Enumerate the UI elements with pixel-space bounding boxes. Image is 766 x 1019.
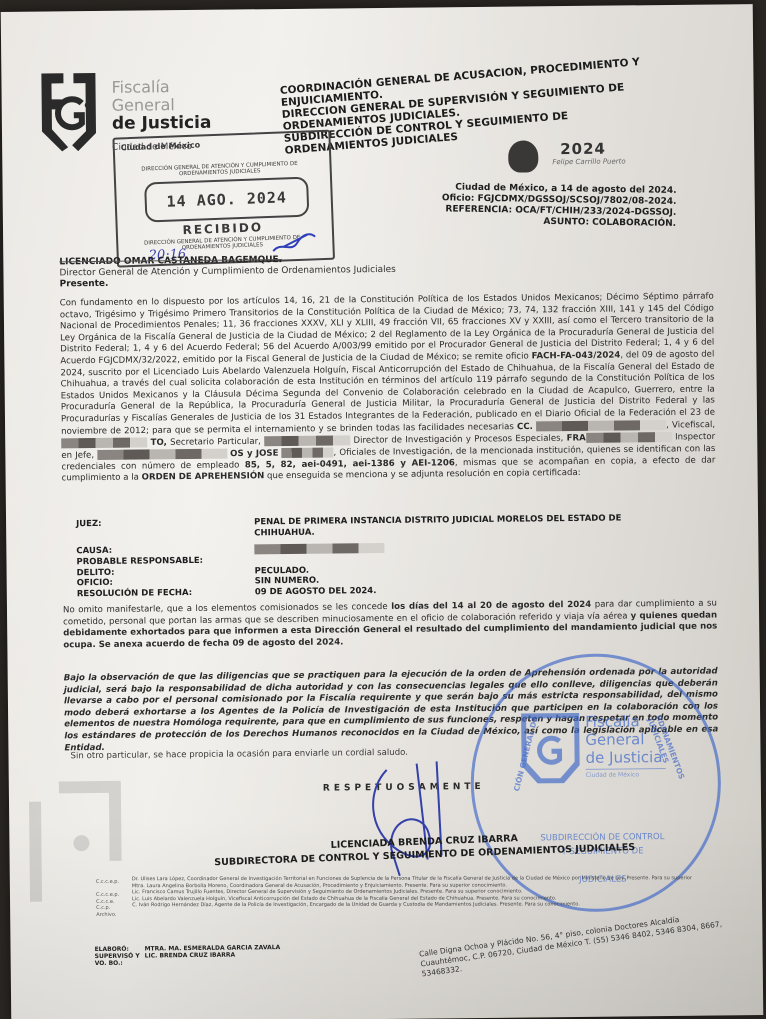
- text: Director de Investigación y Procesos Esp…: [350, 433, 567, 445]
- text: FACH-FA-043/2024: [532, 350, 621, 361]
- fgj-logo-icon: [37, 69, 108, 154]
- seal-org-line: Fiscalía: [585, 712, 662, 731]
- redaction: [281, 447, 333, 458]
- subject: ASUNTO: COLABORACIÓN.: [442, 215, 677, 230]
- emblem-name: Felipe Carrillo Puerto: [552, 157, 625, 166]
- org-line-1: Fiscalía: [111, 78, 211, 97]
- text: CC.: [517, 421, 533, 431]
- text: TO,: [151, 437, 167, 447]
- footer-address: Calle Digna Ochoa y Plácido No. 56, 4° p…: [419, 909, 730, 980]
- document-page: Fiscalía General de Justicia Ciudad de M…: [1, 4, 764, 1019]
- redaction: [264, 435, 350, 446]
- text: FRA: [567, 433, 586, 443]
- supervised-label: SUPERVISÓ Y VO. BO.:: [95, 953, 145, 968]
- reference-block: Ciudad de México, a 14 de agosto del 202…: [442, 182, 677, 230]
- body-paragraph-2: No omito manifestarle, que a los element…: [63, 598, 717, 651]
- text: OS y JOSE: [230, 448, 278, 459]
- year-emblem: 2024 Felipe Carrillo Puerto: [490, 139, 650, 181]
- field-value: PENAL DE PRIMERA INSTANCIA DISTRITO JUDI…: [254, 513, 674, 538]
- field-label: RESOLUCIÓN DE FECHA:: [77, 587, 255, 599]
- redaction: [97, 448, 227, 459]
- redaction: [536, 420, 666, 431]
- seal-city: Ciudad de México: [586, 768, 666, 779]
- ccp-key: Archivo.: [96, 911, 132, 918]
- text: 85, 5, 82, aei-0491, aei-1386 y AEI-1206: [245, 458, 455, 470]
- text: Secretario Particular,: [167, 436, 264, 447]
- seal-org-line: de Justicia: [585, 748, 662, 767]
- closing-greeting: Sin otro particular, se hace propicia la…: [70, 748, 408, 762]
- initials-signature-icon: [271, 231, 317, 255]
- emblem-year: 2024: [560, 140, 606, 158]
- body-paragraph-1: Con fundamento en lo dispuesto por los a…: [60, 292, 716, 486]
- text: que enseguida se menciona y se adjunta r…: [264, 468, 580, 481]
- redaction: [61, 437, 147, 448]
- stamp-date: 14 AGO. 2024: [144, 177, 309, 223]
- text: ORDEN DE APREHENSIÓN: [142, 472, 265, 483]
- portrait-icon: [508, 140, 538, 172]
- prepared-by: ELABORÓ:MTRA. MA. ESMERALDA GARCIA ZAVAL…: [95, 944, 281, 967]
- ccp-value: [132, 908, 692, 915]
- text: los días del 14 al 20 de agosto del 2024: [391, 600, 591, 612]
- redaction: [586, 432, 672, 443]
- redaction: [254, 543, 384, 554]
- org-line-3: de Justicia: [112, 114, 212, 133]
- case-fields: JUEZ:PENAL DE PRIMERA INSTANCIA DISTRITO…: [76, 513, 675, 599]
- addressee: LICENCIADO OMAR CASTANEDA BAGEMQUE. Dire…: [59, 254, 396, 291]
- field-label: JUEZ:: [76, 517, 254, 540]
- seal-org: Fiscalía General de Justicia: [585, 712, 662, 767]
- stamp-header: Ciudad de México: [121, 140, 201, 152]
- fgj-seal-logo-icon: [521, 713, 580, 784]
- supervised-name: LIC. BRENDA CRUZ IBARRA: [145, 952, 236, 967]
- text: , Vicefiscal,: [666, 420, 715, 431]
- carbon-copies: C.c.c.e.p.Dr. Ulises Lara López, Coordin…: [96, 873, 692, 918]
- seal-org-line: General: [585, 730, 662, 749]
